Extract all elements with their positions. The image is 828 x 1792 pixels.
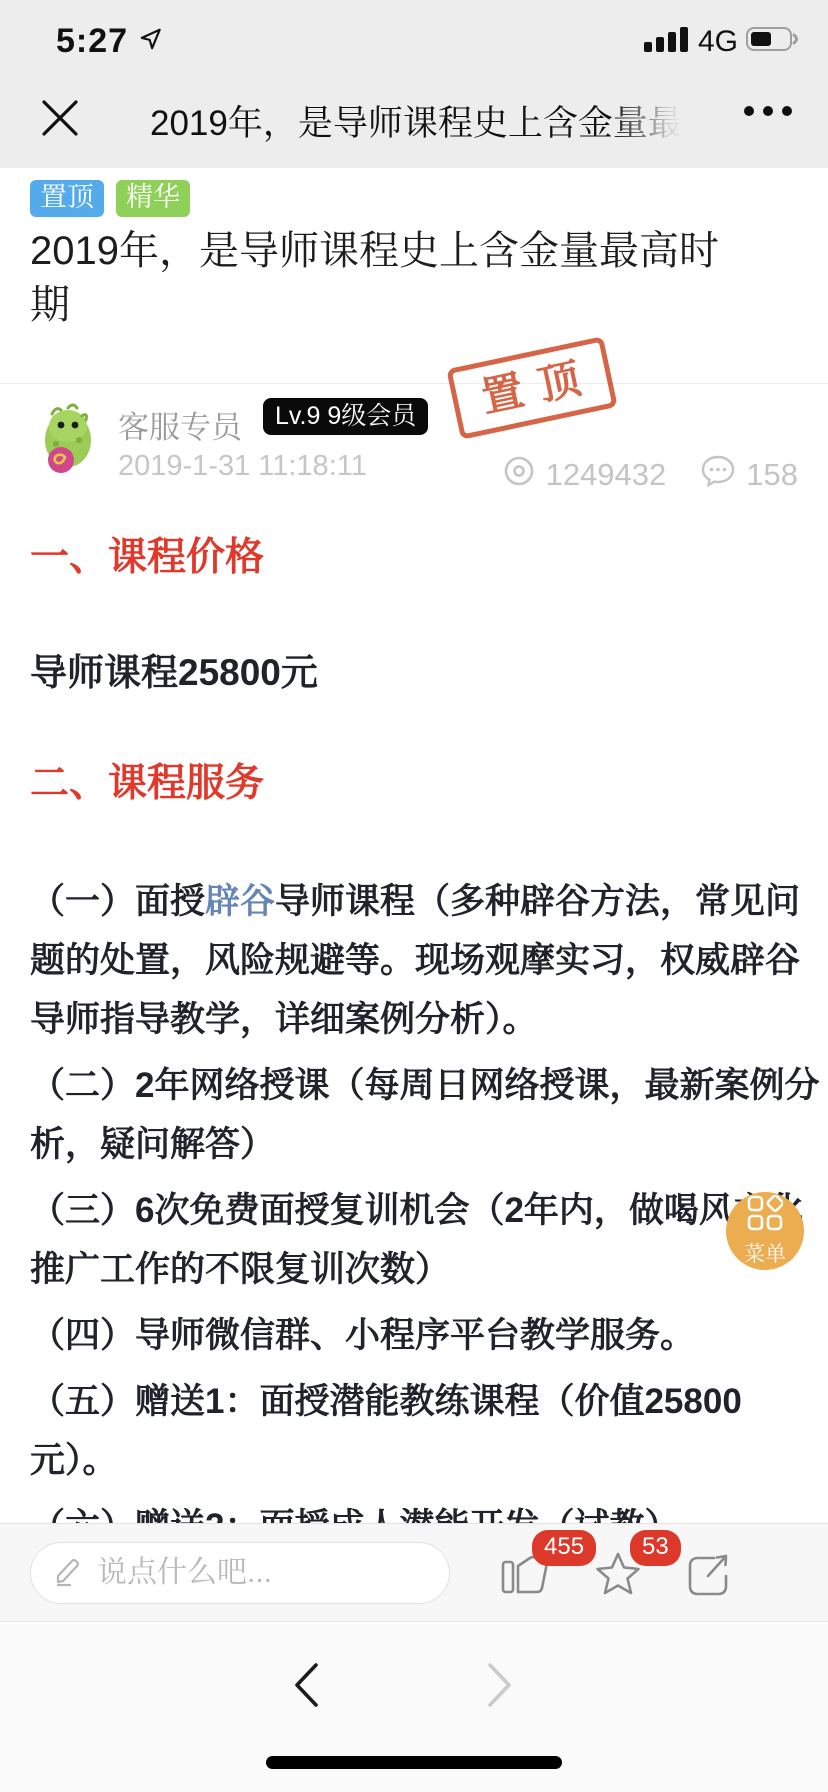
close-icon[interactable] <box>36 94 84 142</box>
favorites-count-badge: 53 <box>630 1530 681 1566</box>
bottom-toolbar: 455 53 <box>0 1523 828 1622</box>
bigu-link[interactable]: 辟谷 <box>205 882 275 921</box>
section1-heading: 一、课程价格 <box>30 526 264 582</box>
nav-title-clip: 2019年，是导师课程史上含金量最 <box>150 96 680 144</box>
p3-line2: 推广工作的不限复训次数） <box>30 1240 810 1299</box>
views-icon <box>502 454 536 496</box>
author-name[interactable]: 客服专员 <box>118 402 242 447</box>
p2-line1: （二）2年网络授课（每周日网络授课，最新案例分 <box>30 1056 810 1115</box>
home-indicator[interactable] <box>266 1756 562 1769</box>
p1-line2: 题的处置，风险规避等。现场观摩实习，权威辟谷 <box>30 931 810 990</box>
p1-text: （一）面授 <box>30 882 205 921</box>
nav-title: 2019年，是导师课程史上含金量最 <box>150 96 680 144</box>
paragraph-4: （四）导师微信群、小程序平台教学服务。 <box>30 1306 810 1365</box>
level-badge: Lv.9 9级会员 <box>263 398 428 435</box>
p3-line1: （三）6次免费面授复训机会（2年内，做喝风文化 <box>30 1181 810 1240</box>
paragraph-2: （二）2年网络授课（每周日网络授课，最新案例分 析，疑问解答） <box>30 1056 810 1174</box>
paragraph-3: （三）6次免费面授复训机会（2年内，做喝风文化 推广工作的不限复训次数） <box>30 1181 810 1299</box>
paragraph-6: （六）赠送2：面授成人潜能开发（试教） <box>30 1497 810 1523</box>
more-menu-icon[interactable] <box>744 106 792 116</box>
nav-bar: 2019年，是导师课程史上含金量最 <box>0 84 828 154</box>
signal-bars-icon <box>644 24 690 59</box>
tag-featured: 精华 <box>116 180 190 217</box>
grid-menu-icon <box>747 1195 783 1236</box>
posts-count-badge: 455 <box>532 1530 596 1566</box>
status-bar: 5:27 4G <box>0 18 828 66</box>
paragraph-5: （五）赠送1：面授潜能教练课程（价值25800 元）。 <box>30 1372 810 1490</box>
post-date: 2019-1-31 11:18:11 <box>118 450 367 483</box>
status-time: 5:27 <box>56 22 128 61</box>
comments-icon <box>700 454 736 496</box>
floating-menu-button[interactable]: 菜单 <box>726 1192 804 1270</box>
post-title-line2: 期 <box>30 278 802 332</box>
p5-line2: 元）。 <box>30 1431 810 1490</box>
section2-heading: 二、课程服务 <box>30 752 264 808</box>
p5-line1: （五）赠送1：面授潜能教练课程（价值25800 <box>30 1372 810 1431</box>
back-icon[interactable] <box>288 1660 324 1715</box>
menu-label: 菜单 <box>744 1238 786 1268</box>
author-row: 客服专员 Lv.9 9级会员 2019-1-31 11:18:11 124943… <box>28 392 828 512</box>
price-line: 导师课程25800元 <box>30 642 318 696</box>
status-right-cluster: 4G <box>644 24 802 59</box>
p2-line2: 析，疑问解答） <box>30 1115 810 1174</box>
forward-icon[interactable] <box>482 1660 518 1715</box>
paragraphs: （一）面授辟谷导师课程（多种辟谷方法，常见问 题的处置，风险规避等。现场观摩实习… <box>30 872 810 1523</box>
header: 5:27 4G <box>0 0 828 168</box>
share-icon[interactable] <box>684 1550 736 1603</box>
location-arrow-icon <box>138 26 164 57</box>
p1-line3: 导师指导教学，详细案例分析）。 <box>30 990 810 1049</box>
comment-input[interactable] <box>30 1542 450 1604</box>
tag-pinned: 置顶 <box>30 180 104 217</box>
paragraph-1: （一）面授辟谷导师课程（多种辟谷方法，常见问 题的处置，风险规避等。现场观摩实习… <box>30 872 810 1049</box>
battery-icon <box>746 25 802 58</box>
post-title: 2019年，是导师课程史上含金量最高时 期 <box>30 224 802 332</box>
post-stats: 1249432 158 <box>502 454 798 496</box>
p1-text-cont: 导师课程（多种辟谷方法，常见问 <box>275 882 800 921</box>
post-title-line1: 2019年，是导师课程史上含金量最高时 <box>30 224 802 278</box>
views-count: 1249432 <box>546 457 667 493</box>
tag-row: 置顶 精华 <box>30 180 190 217</box>
network-type-label: 4G <box>698 25 738 59</box>
divider <box>0 383 828 384</box>
app-screen: 5:27 4G <box>0 0 828 1792</box>
article-body: 一、课程价格 导师课程25800元 二、课程服务 （一）面授辟谷导师课程（多种辟… <box>0 500 828 1523</box>
avatar[interactable] <box>30 400 104 474</box>
browser-nav <box>0 1624 828 1792</box>
comments-count: 158 <box>746 457 798 493</box>
